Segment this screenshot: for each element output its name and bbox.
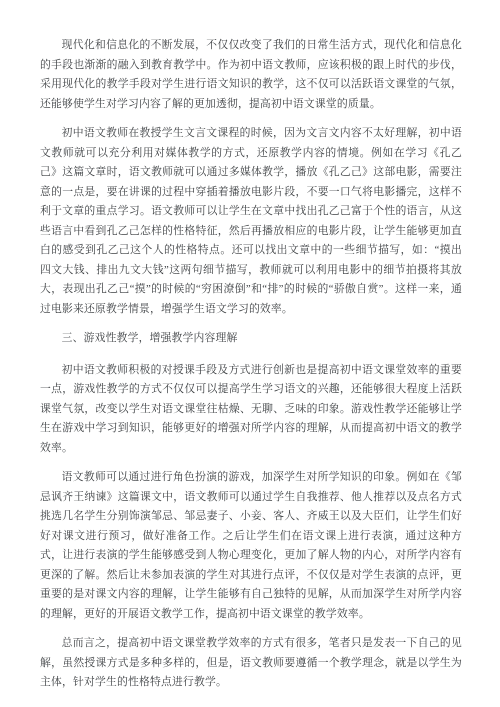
paragraph-multimedia-kongyiji: 初中语文教师在教授学生文言文课程的时候，因为文言文内容不太好理解，初中语文教师就… bbox=[40, 124, 462, 319]
paragraph-modernization-intro: 现代化和信息化的不断发展，不仅仅改变了我们的日常生活方式，现代化和信息化的手段也… bbox=[40, 36, 462, 114]
paragraph-game-teaching-benefits: 初中语文教师积极的对授课手段及方式进行创新也是提高初中语文课堂效率的重要一点，游… bbox=[40, 361, 462, 459]
section-heading-game-teaching: 三、游戏性教学，增强教学内容理解 bbox=[40, 329, 462, 349]
paragraph-role-play-example: 语文教师可以通过进行角色扮演的游戏，加深学生对所学知识的印象。例如在《邹忌讽齐王… bbox=[40, 468, 462, 624]
document-page: 现代化和信息化的不断发展，不仅仅改变了我们的日常生活方式，现代化和信息化的手段也… bbox=[0, 0, 500, 707]
paragraph-conclusion: 总而言之，提高初中语文课堂教学效率的方式有很多，笔者只是发表一下自己的见解，虽然… bbox=[40, 634, 462, 693]
